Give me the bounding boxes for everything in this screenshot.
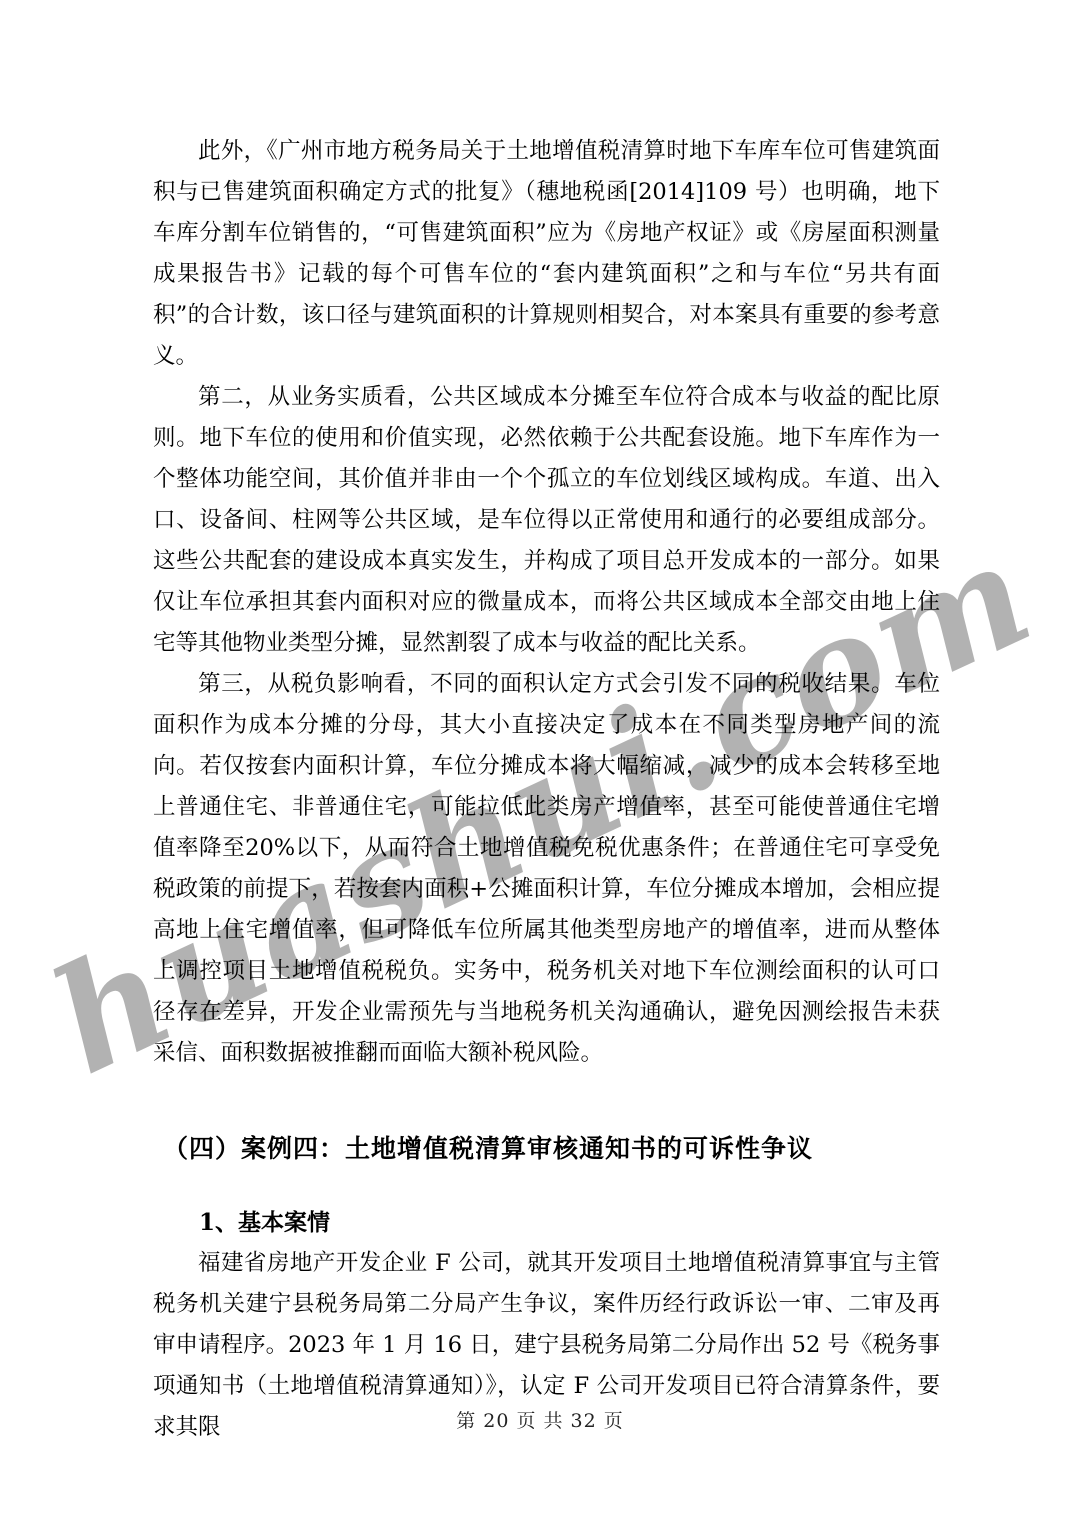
heading-case-four: （四）案例四：土地增值税清算审核通知书的可诉性争议 bbox=[153, 1126, 940, 1172]
paragraph-tax-burden-impact: 第三，从税负影响看，不同的面积认定方式会引发不同的税收结果。车位面积作为成本分摊… bbox=[153, 664, 940, 1074]
page-number-footer: 第 20 页 共 32 页 bbox=[0, 1406, 1080, 1433]
paragraph-business-substance: 第二，从业务实质看，公共区域成本分摊至车位符合成本与收益的配比原则。地下车位的使… bbox=[153, 377, 940, 664]
document-content: 此外，《广州市地方税务局关于土地增值税清算时地下车库车位可售建筑面积与已售建筑面… bbox=[153, 131, 940, 1448]
document-page: huashui.com 此外，《广州市地方税务局关于土地增值税清算时地下车库车位… bbox=[0, 0, 1080, 1527]
paragraph-guangzhou-approval: 此外，《广州市地方税务局关于土地增值税清算时地下车库车位可售建筑面积与已售建筑面… bbox=[153, 131, 940, 377]
heading-basic-facts: 1、基本案情 bbox=[153, 1202, 940, 1243]
